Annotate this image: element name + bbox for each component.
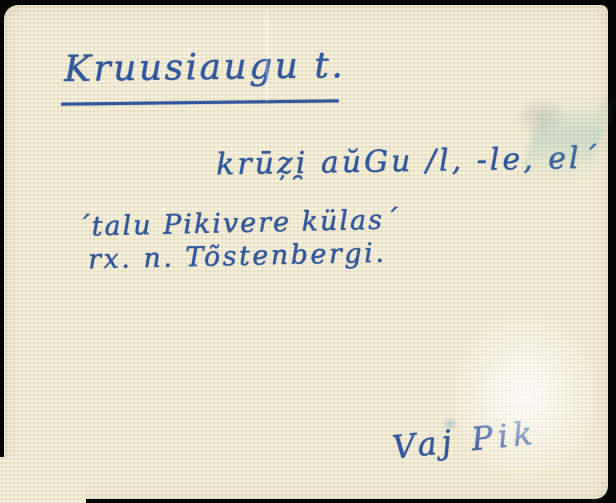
headword-underline bbox=[61, 99, 339, 106]
index-card: Kruusiaugu t. krūz̦i̯ aŭGu /l, -le, el´ … bbox=[4, 5, 608, 499]
card-bottom-left-corner bbox=[0, 457, 86, 503]
scanned-card-image: Kruusiaugu t. krūz̦i̯ aŭGu /l, -le, el´ … bbox=[0, 0, 616, 503]
description-line-1: ´talu Pikivere külas´ bbox=[76, 204, 400, 242]
description-line-2: rx. n. Tõstenbergi. bbox=[88, 238, 387, 276]
headword-text: Kruusiaugu t. bbox=[64, 45, 346, 90]
paper-crease-line bbox=[266, 9, 268, 101]
blue-ink-dot bbox=[442, 417, 458, 431]
collector-signature-text: Vaj Pik bbox=[390, 413, 539, 466]
